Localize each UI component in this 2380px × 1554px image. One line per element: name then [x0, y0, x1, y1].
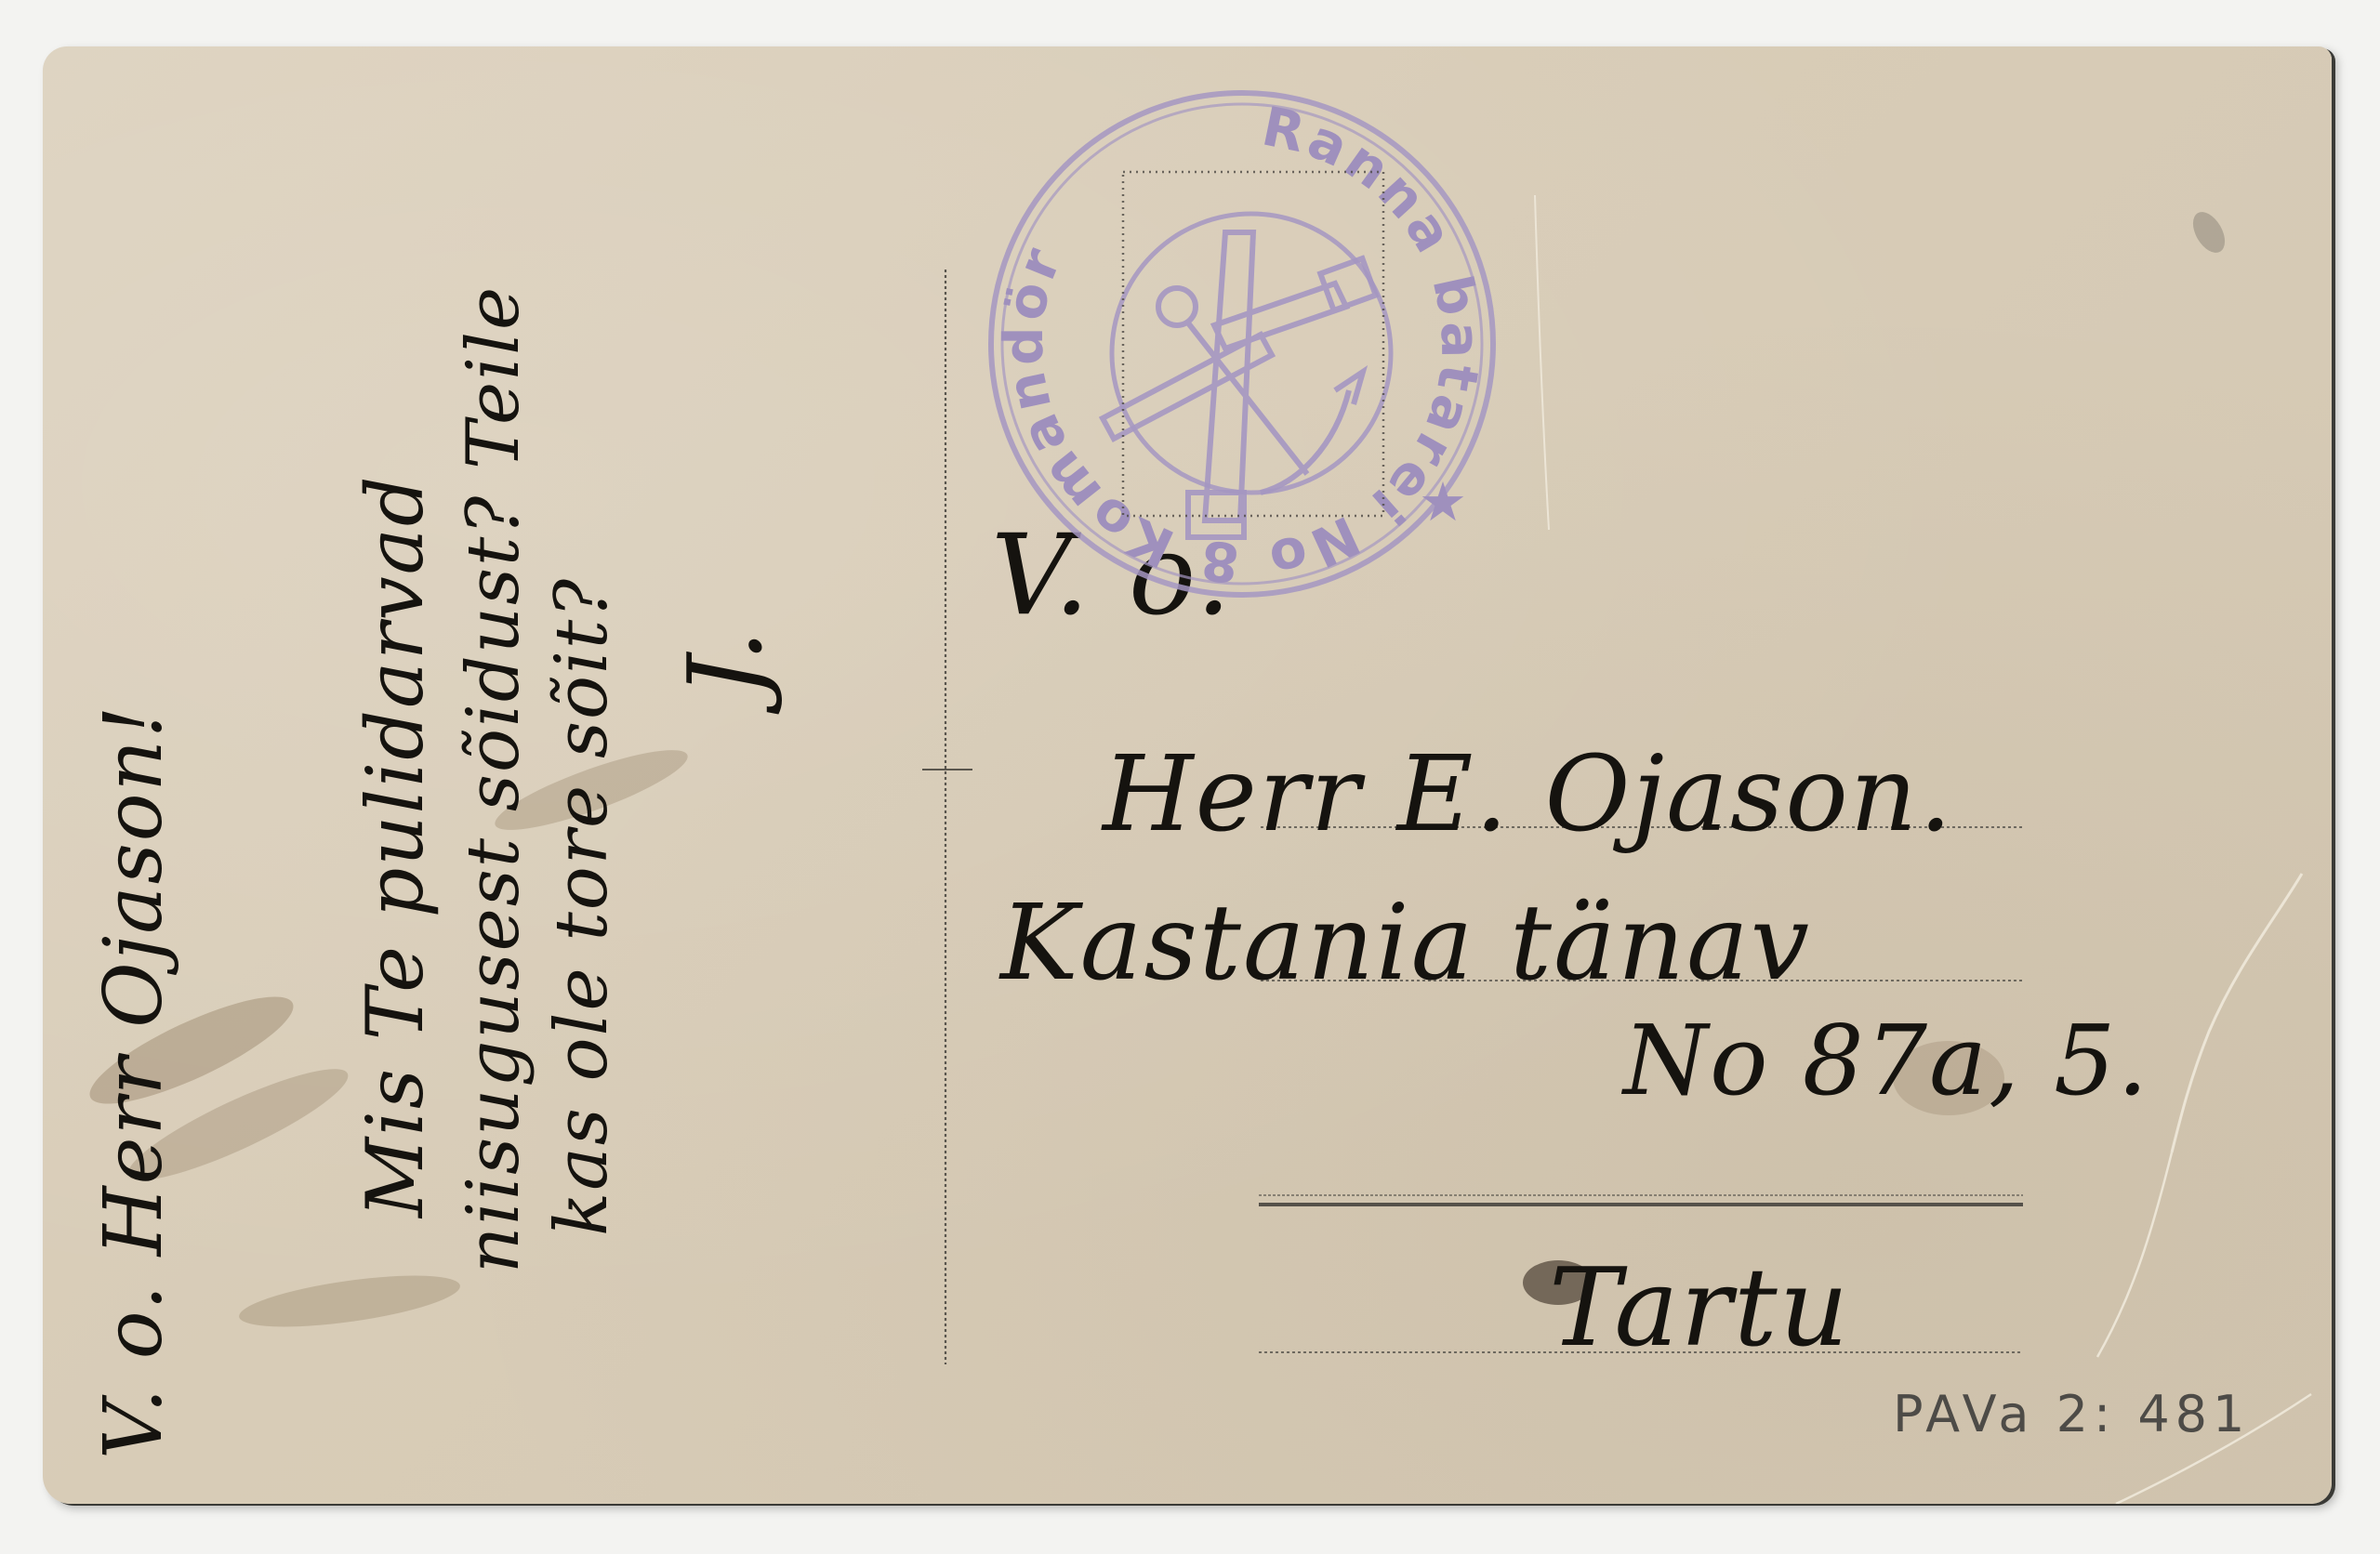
message-line: kas ole tore sõit?	[540, 577, 624, 1236]
signature: J.	[666, 627, 785, 697]
address-name: Herr E. Ojason.	[1103, 734, 1954, 855]
address-city: Tartu	[1549, 1245, 1850, 1371]
archive-number: PAVa 2: 481	[1893, 1385, 2250, 1443]
military-stamp: Ranna batarei No 8 Komandör ★	[982, 84, 1502, 604]
postcard: V. o. Herr Ojason! Mis Te pulidarvad nii…	[43, 46, 2332, 1504]
stamp-star: ★	[1419, 470, 1471, 533]
message-line: Mis Te pulidarvad	[350, 474, 441, 1218]
crossed-cannons-and-anchor-icon	[1103, 232, 1376, 537]
address-street: Kastania tänav	[1000, 883, 1811, 1004]
message-greeting: V. o. Herr Ojason!	[87, 705, 180, 1459]
address-number: No 87a, 5.	[1623, 1004, 2149, 1117]
message-line: niisugusest sõidust? Teile	[452, 285, 535, 1273]
